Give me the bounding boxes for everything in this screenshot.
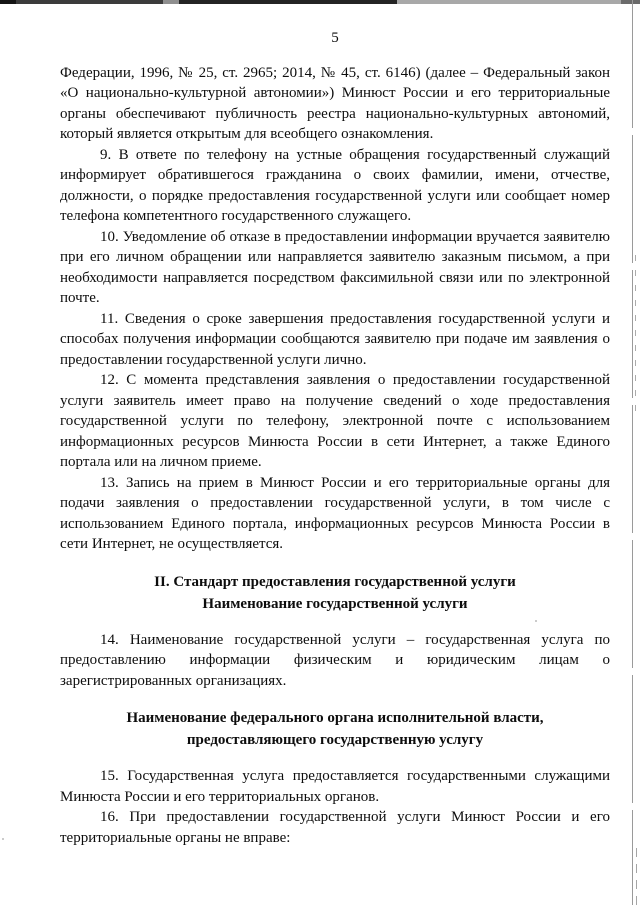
paragraph-13: 13. Запись на прием в Минюст России и ег…	[60, 473, 610, 555]
section-heading-authority: Наименование федерального органа исполни…	[60, 707, 610, 751]
paragraph-10: 10. Уведомление об отказе в предоставлен…	[60, 227, 610, 309]
paragraph-9: 9. В ответе по телефону на устные обраще…	[60, 145, 610, 227]
section-heading-line2: Наименование государственной услуги	[60, 593, 610, 615]
paragraph-continuation: Федерации, 1996, № 25, ст. 2965; 2014, №…	[60, 63, 610, 145]
paragraph-12: 12. С момента представления заявления о …	[60, 370, 610, 473]
scan-artifact-right-dashes	[635, 255, 636, 415]
scan-speck	[2, 838, 4, 840]
page-number: 5	[60, 28, 610, 49]
authority-heading-line2: предоставляющего государственную услугу	[60, 729, 610, 751]
page-body: 5 Федерации, 1996, № 25, ст. 2965; 2014,…	[60, 28, 610, 848]
paragraph-14: 14. Наименование государственной услуги …	[60, 630, 610, 692]
document-page: 5 Федерации, 1996, № 25, ст. 2965; 2014,…	[0, 0, 640, 905]
paragraph-16: 16. При предоставлении государственной у…	[60, 807, 610, 848]
scan-artifact-right-line	[632, 0, 633, 905]
paragraph-15: 15. Государственная услуга предоставляет…	[60, 766, 610, 807]
scan-artifact-top-edge	[0, 0, 640, 4]
scan-artifact-right-dashes-bottom	[636, 848, 637, 905]
authority-heading-line1: Наименование федерального органа исполни…	[60, 707, 610, 729]
section-heading-line1: II. Стандарт предоставления государствен…	[60, 571, 610, 593]
paragraph-11: 11. Сведения о сроке завершения предоста…	[60, 309, 610, 371]
section-heading-standard: II. Стандарт предоставления государствен…	[60, 571, 610, 615]
